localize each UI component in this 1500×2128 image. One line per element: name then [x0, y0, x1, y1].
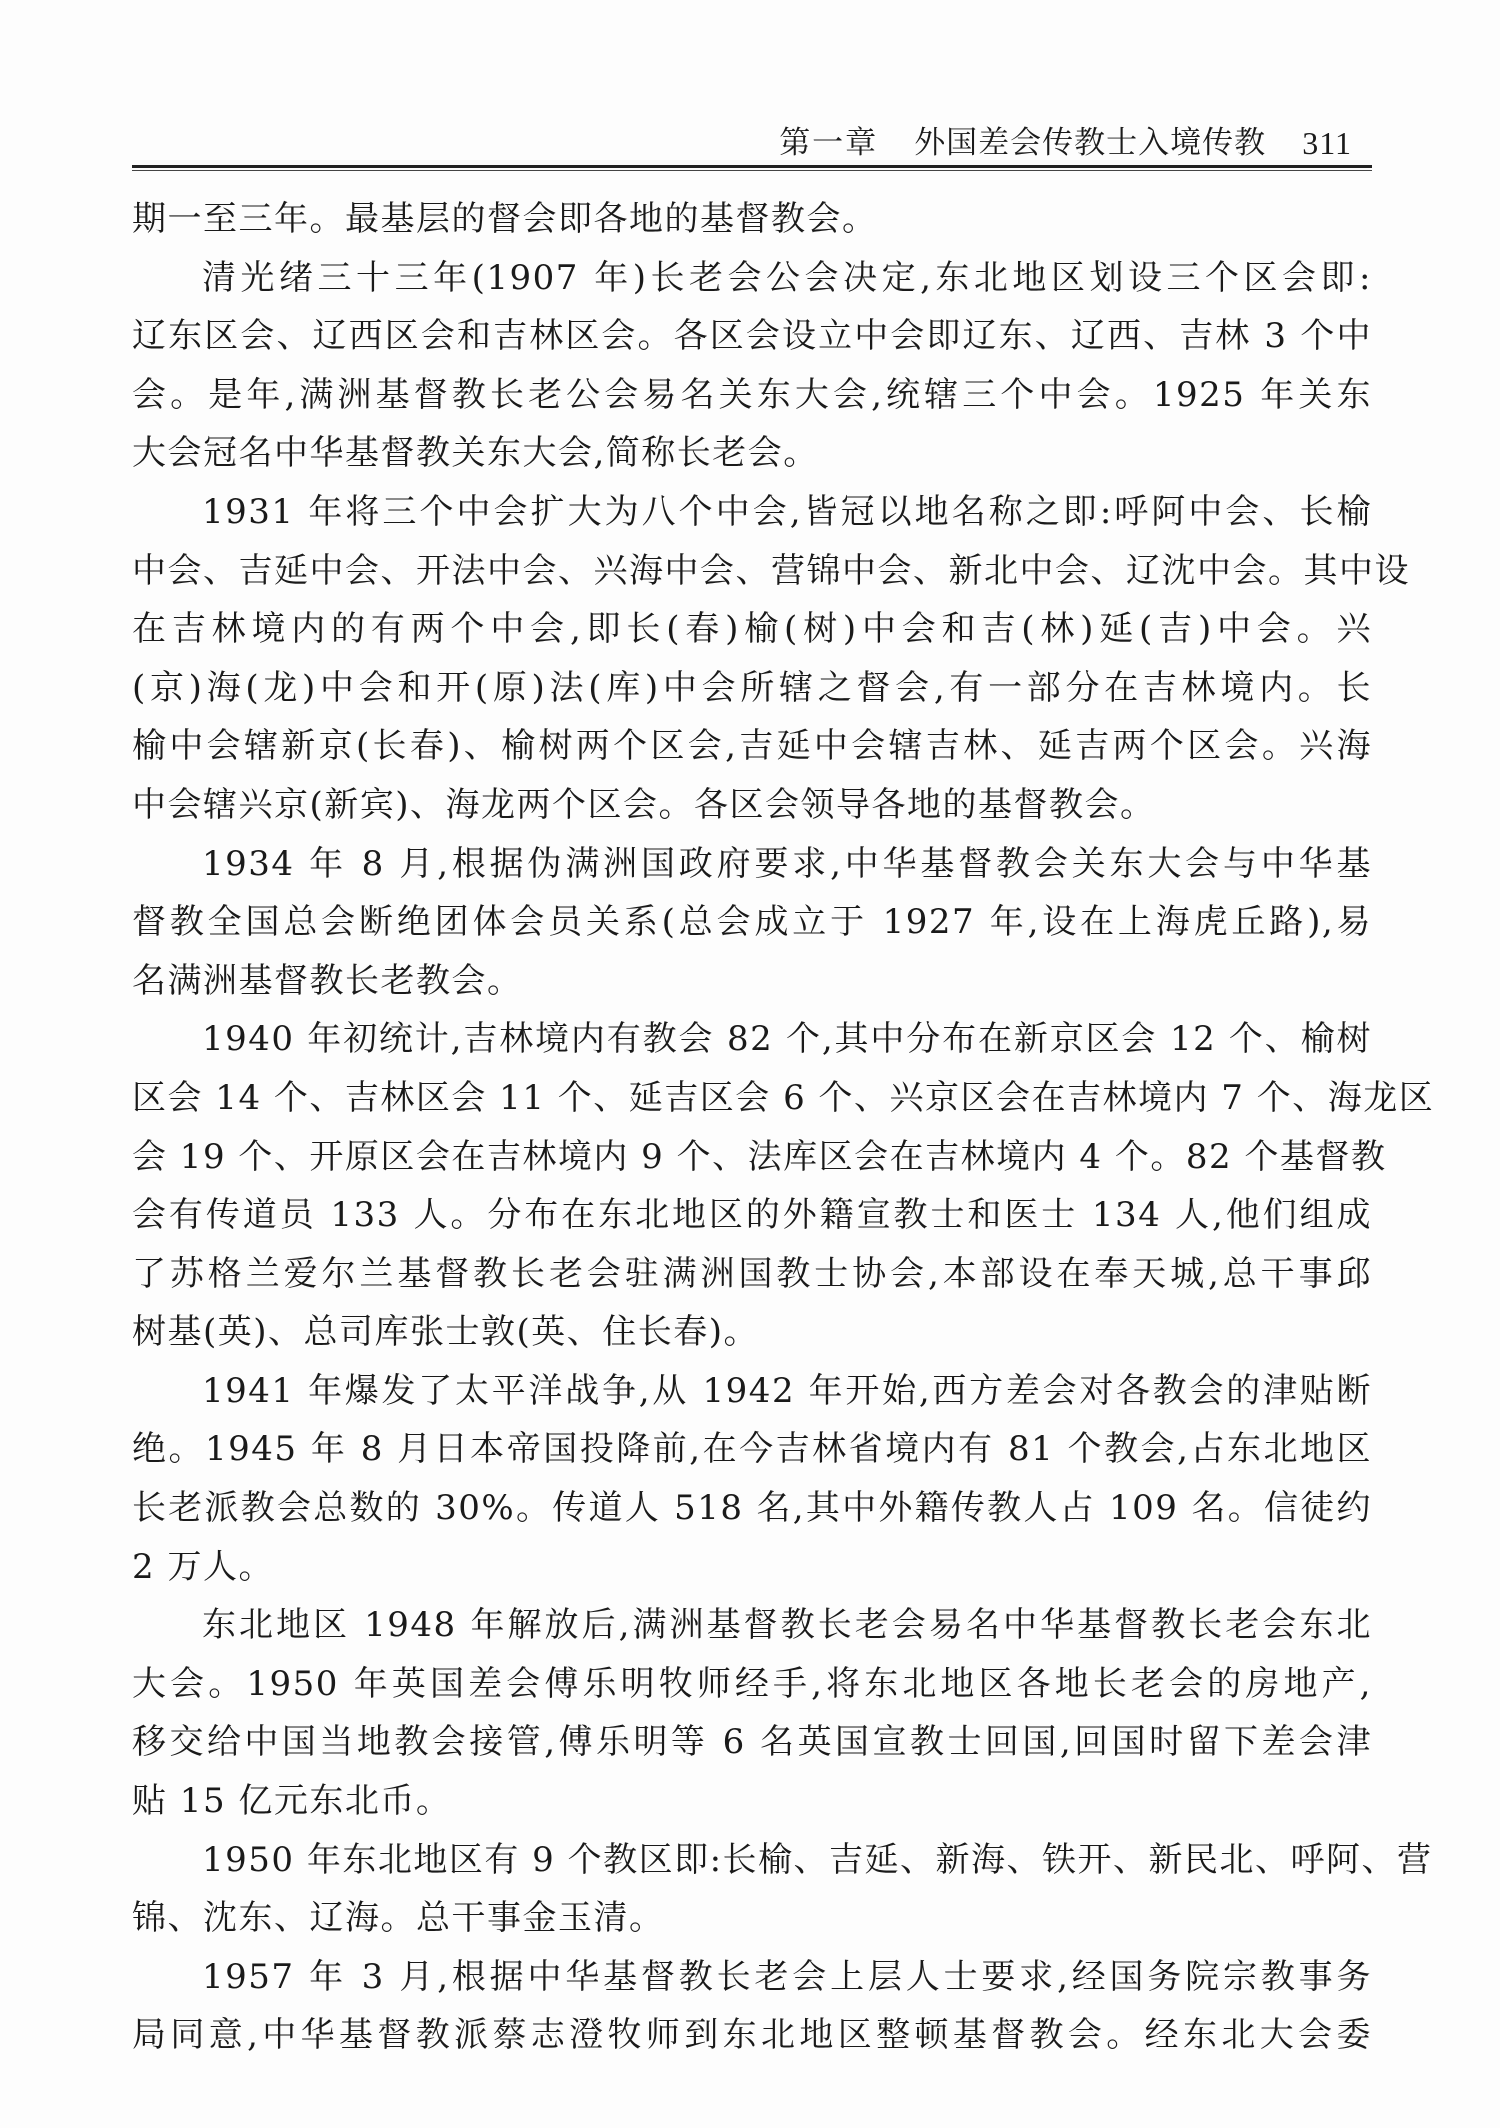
paragraph: 1950 年东北地区有 9 个教区即:长榆、吉延、新海、铁开、新民北、呼阿、营锦… — [132, 1831, 1372, 1948]
paragraph: 东北地区 1948 年解放后,满洲基督教长老会易名中华基督教长老会东北大会。19… — [132, 1596, 1372, 1830]
page-number: 311 — [1302, 125, 1352, 162]
text-line: 了苏格兰爱尔兰基督教长老会驻满洲国教士协会,本部设在奉天城,总干事邱 — [132, 1245, 1372, 1304]
text-line: 在吉林境内的有两个中会,即长(春)榆(树)中会和吉(林)延(吉)中会。兴 — [132, 600, 1372, 659]
text-line: 辽东区会、辽西区会和吉林区会。各区会设立中会即辽东、辽西、吉林 3 个中 — [132, 307, 1372, 366]
text-line: 中会、吉延中会、开法中会、兴海中会、营锦中会、新北中会、辽沈中会。其中设 — [132, 542, 1372, 601]
text-line: (京)海(龙)中会和开(原)法(库)中会所辖之督会,有一部分在吉林境内。长 — [132, 659, 1372, 718]
text-line: 贴 15 亿元东北币。 — [132, 1772, 1372, 1831]
text-line: 清光绪三十三年(1907 年)长老会公会决定,东北地区划设三个区会即: — [132, 249, 1372, 308]
text-line: 东北地区 1948 年解放后,满洲基督教长老会易名中华基督教长老会东北 — [132, 1596, 1372, 1655]
text-line: 1957 年 3 月,根据中华基督教长老会上层人士要求,经国务院宗教事务 — [132, 1948, 1372, 2007]
paragraph: 1941 年爆发了太平洋战争,从 1942 年开始,西方差会对各教会的津贴断绝。… — [132, 1362, 1372, 1596]
header-rule-thick — [132, 165, 1372, 168]
text-line: 督教全国总会断绝团体会员关系(总会成立于 1927 年,设在上海虎丘路),易 — [132, 893, 1372, 952]
text-line: 榆中会辖新京(长春)、榆树两个区会,吉延中会辖吉林、延吉两个区会。兴海 — [132, 717, 1372, 776]
text-line: 锦、沈东、辽海。总干事金玉清。 — [132, 1889, 1372, 1948]
text-line: 1941 年爆发了太平洋战争,从 1942 年开始,西方差会对各教会的津贴断 — [132, 1362, 1372, 1421]
text-line: 1950 年东北地区有 9 个教区即:长榆、吉延、新海、铁开、新民北、呼阿、营 — [132, 1831, 1372, 1890]
text-line: 1931 年将三个中会扩大为八个中会,皆冠以地名称之即:呼阿中会、长榆 — [132, 483, 1372, 542]
text-line: 移交给中国当地教会接管,傅乐明等 6 名英国宣教士回国,回国时留下差会津 — [132, 1713, 1372, 1772]
body-text: 期一至三年。最基层的督会即各地的基督教会。清光绪三十三年(1907 年)长老会公… — [132, 190, 1372, 2065]
paragraph: 1940 年初统计,吉林境内有教会 82 个,其中分布在新京区会 12 个、榆树… — [132, 1010, 1372, 1362]
text-line: 绝。1945 年 8 月日本帝国投降前,在今吉林省境内有 81 个教会,占东北地… — [132, 1420, 1372, 1479]
paragraph: 1931 年将三个中会扩大为八个中会,皆冠以地名称之即:呼阿中会、长榆中会、吉延… — [132, 483, 1372, 835]
paragraph: 1957 年 3 月,根据中华基督教长老会上层人士要求,经国务院宗教事务局同意,… — [132, 1948, 1372, 2065]
text-line: 1934 年 8 月,根据伪满洲国政府要求,中华基督教会关东大会与中华基 — [132, 835, 1372, 894]
running-head: 第一章 外国差会传教士入境传教 311 — [760, 112, 1352, 162]
text-line: 名满洲基督教长老教会。 — [132, 952, 1372, 1011]
text-line: 中会辖兴京(新宾)、海龙两个区会。各区会领导各地的基督教会。 — [132, 776, 1372, 835]
paragraph: 1934 年 8 月,根据伪满洲国政府要求,中华基督教会关东大会与中华基督教全国… — [132, 835, 1372, 1011]
text-line: 会有传道员 133 人。分布在东北地区的外籍宣教士和医士 134 人,他们组成 — [132, 1186, 1372, 1245]
header-rule — [132, 165, 1372, 171]
book-page: 第一章 外国差会传教士入境传教 311 期一至三年。最基层的督会即各地的基督教会… — [0, 0, 1500, 2128]
paragraph: 期一至三年。最基层的督会即各地的基督教会。 — [132, 190, 1372, 249]
chapter-title: 外国差会传教士入境传教 — [914, 117, 1266, 162]
paragraph: 清光绪三十三年(1907 年)长老会公会决定,东北地区划设三个区会即:辽东区会、… — [132, 249, 1372, 483]
text-line: 2 万人。 — [132, 1538, 1372, 1597]
text-line: 树基(英)、总司库张士敦(英、住长春)。 — [132, 1303, 1372, 1362]
text-line: 期一至三年。最基层的督会即各地的基督教会。 — [132, 190, 1372, 249]
text-line: 局同意,中华基督教派蔡志澄牧师到东北地区整顿基督教会。经东北大会委 — [132, 2006, 1372, 2065]
text-line: 会 19 个、开原区会在吉林境内 9 个、法库区会在吉林境内 4 个。82 个基… — [132, 1128, 1372, 1187]
chapter-label: 第一章 — [779, 117, 878, 162]
text-line: 长老派教会总数的 30%。传道人 518 名,其中外籍传教人占 109 名。信徒… — [132, 1479, 1372, 1538]
text-line: 大会冠名中华基督教关东大会,简称长老会。 — [132, 424, 1372, 483]
text-line: 会。是年,满洲基督教长老公会易名关东大会,统辖三个中会。1925 年关东 — [132, 366, 1372, 425]
text-line: 区会 14 个、吉林区会 11 个、延吉区会 6 个、兴京区会在吉林境内 7 个… — [132, 1069, 1372, 1128]
text-line: 1940 年初统计,吉林境内有教会 82 个,其中分布在新京区会 12 个、榆树 — [132, 1010, 1372, 1069]
header-rule-thin — [132, 170, 1372, 171]
text-line: 大会。1950 年英国差会傅乐明牧师经手,将东北地区各地长老会的房地产, — [132, 1655, 1372, 1714]
